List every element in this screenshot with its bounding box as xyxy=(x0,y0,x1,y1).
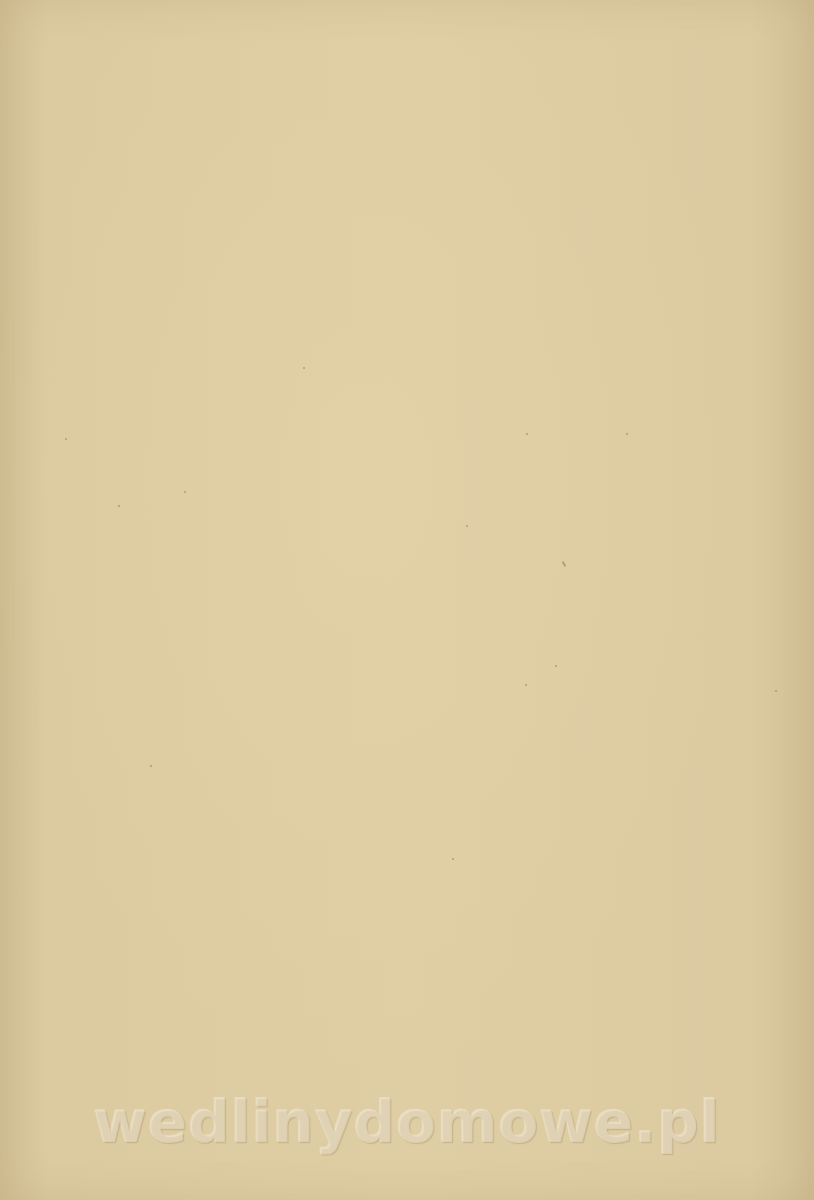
paper-speck xyxy=(626,433,628,435)
blank-paper-page: wedlinydomowe.pl xyxy=(0,0,814,1200)
paper-speck xyxy=(526,433,528,435)
paper-speck xyxy=(118,505,120,507)
paper-speck xyxy=(525,684,527,686)
paper-speck xyxy=(775,690,777,692)
paper-speck xyxy=(562,561,567,567)
paper-speck xyxy=(466,525,468,527)
paper-speck xyxy=(184,491,186,493)
page-edge-shading xyxy=(0,0,814,1200)
watermark-text: wedlinydomowe.pl xyxy=(0,1088,814,1156)
paper-speck xyxy=(555,665,557,667)
paper-speck xyxy=(452,858,454,860)
paper-speck xyxy=(150,765,152,767)
paper-speck xyxy=(303,367,305,369)
paper-speck xyxy=(65,438,67,440)
